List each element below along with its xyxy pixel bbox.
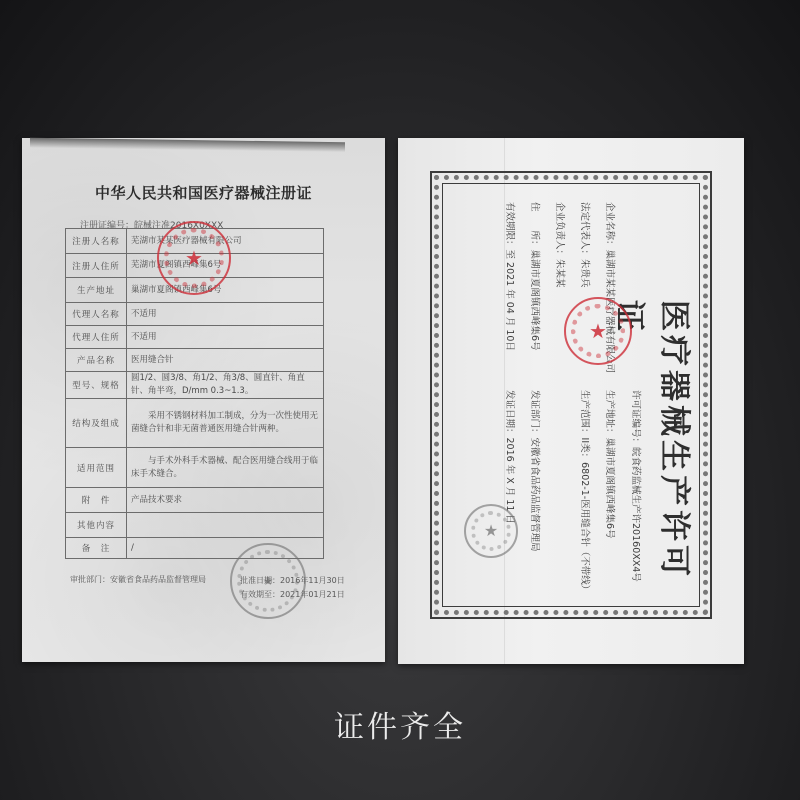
field-value: 巢湖市夏阁镇西峰集6号 (604, 438, 615, 539)
registration-certificate: 中华人民共和国医疗器械注册证 注册证编号：皖械注准2016X0XXX 注册人名称… (22, 138, 385, 662)
license-field: 住 所：巢湖市夏阁镇西峰集6号 (529, 202, 543, 351)
table-row: 其他内容 (66, 513, 324, 538)
field-label: 发证日期： (504, 390, 515, 438)
field-label: 发证部门： (529, 390, 540, 438)
row-label: 注册人名称 (66, 229, 127, 254)
field-label: 生产范围： (579, 390, 590, 438)
star-icon: ★ (484, 523, 498, 539)
field-value: II类：6802-1-医用缝合针（不带线） (579, 438, 590, 595)
row-label: 代理人住所 (66, 326, 127, 349)
row-value: 巢湖市夏阁镇西峰集6号 (127, 278, 324, 303)
row-value: 不适用 (127, 303, 324, 326)
row-value: 采用不锈钢材料加工制成，分为一次性使用无菌缝合针和非无菌普通医用缝合针两种。 (127, 399, 324, 448)
row-label: 产品名称 (66, 349, 127, 372)
field-value: 朱某某 (554, 259, 565, 288)
license-field: 发证部门：安徽省食品药品监督管理局 (529, 390, 543, 552)
approval-department: 审批部门：安徽省食品药品监督管理局 (70, 574, 206, 585)
field-label: 住 所： (529, 202, 540, 250)
field-value: 至 2021 年 04 月 10日 (504, 250, 515, 351)
registration-title: 中华人民共和国医疗器械注册证 (22, 182, 385, 203)
license-field: 发证日期：2016 年 X 月 11 日 (504, 390, 518, 524)
photo-scene: 中华人民共和国医疗器械注册证 注册证编号：皖械注准2016X0XXX 注册人名称… (0, 0, 800, 800)
official-seal-gray: ★ (464, 504, 518, 558)
row-value: 产品技术要求 (127, 488, 324, 513)
row-label: 注册人住所 (66, 254, 127, 278)
table-row: 代理人住所不适用 (66, 326, 324, 349)
table-row: 型号、规格圆1/2、圆3/8、角1/2、角3/8、圆直针、角直针、角半弯，D/m… (66, 372, 324, 399)
table-row: 适用范围 与手术外科手术器械、配合医用缝合线用于临床手术缝合。 (66, 448, 324, 488)
field-label: 企业名称： (604, 202, 615, 250)
row-value: 与手术外科手术器械、配合医用缝合线用于临床手术缝合。 (127, 448, 324, 488)
row-label: 代理人名称 (66, 303, 127, 326)
row-value: 圆1/2、圆3/8、角1/2、角3/8、圆直针、角直针、角半弯，D/mm 0.3… (127, 372, 324, 399)
license-field: 有效期限：至 2021 年 04 月 10日 (504, 202, 518, 351)
license-field: 生产范围：II类：6802-1-医用缝合针（不带线） (579, 390, 593, 594)
field-value: 皖食药监械生产许20160XX4号 (630, 447, 641, 582)
company-seal-red: ★ (157, 221, 231, 295)
row-label: 备 注 (66, 538, 127, 559)
license-field: 生产地址：巢湖市夏阁镇西峰集6号 (604, 390, 618, 539)
table-row: 结构及组成 采用不锈钢材料加工制成，分为一次性使用无菌缝合针和非无菌普通医用缝合… (66, 399, 324, 448)
row-label: 适用范围 (66, 448, 127, 488)
license-field: 企业负责人：朱某某 (554, 202, 568, 288)
field-label: 有效期限： (504, 202, 515, 250)
star-icon: ★ (263, 575, 274, 587)
license-field: 法定代表人：朱贵兵 (579, 202, 593, 288)
row-label: 其他内容 (66, 513, 127, 538)
row-label: 结构及组成 (66, 399, 127, 448)
official-seal-gray: ★ (230, 543, 306, 619)
production-license: 医疗器械生产许可证 许可证编号：皖食药监械生产许20160XX4号企业名称：巢湖… (398, 138, 744, 664)
caption-text: 证件齐全 (0, 702, 800, 746)
star-icon: ★ (589, 321, 607, 341)
row-value (127, 513, 324, 538)
field-label: 法定代表人： (579, 202, 590, 259)
license-field: 许可证编号：皖食药监械生产许20160XX4号 (630, 390, 644, 582)
star-icon: ★ (185, 248, 203, 268)
table-row: 代理人名称不适用 (66, 303, 324, 326)
table-row: 附 件产品技术要求 (66, 488, 324, 513)
row-value: 医用缝合针 (127, 349, 324, 372)
field-value: 朱贵兵 (579, 259, 590, 288)
field-label: 企业负责人： (554, 202, 565, 259)
field-label: 许可证编号： (630, 390, 641, 447)
row-label: 生产地址 (66, 278, 127, 303)
row-label: 附 件 (66, 488, 127, 513)
field-value: 安徽省食品药品监督管理局 (529, 438, 540, 552)
company-seal-red: ★ (564, 297, 632, 365)
row-label: 型号、规格 (66, 372, 127, 399)
field-label: 生产地址： (604, 390, 615, 438)
row-value: 不适用 (127, 326, 324, 349)
table-row: 产品名称医用缝合针 (66, 349, 324, 372)
field-value: 巢湖市夏阁镇西峰集6号 (529, 250, 540, 351)
